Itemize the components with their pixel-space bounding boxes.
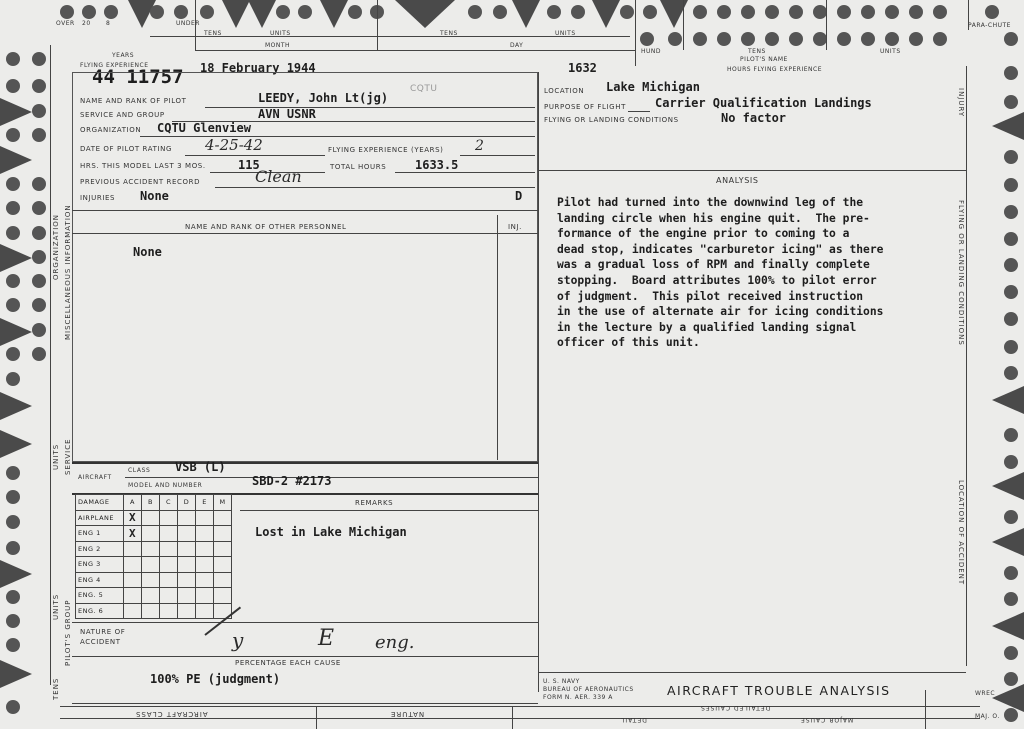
damage-cell — [124, 557, 142, 573]
remarks-value: Lost in Lake Michigan — [255, 525, 407, 539]
prev-accident-label: PREVIOUS ACCIDENT RECORD — [80, 178, 200, 186]
punch-hole — [6, 79, 20, 93]
hours-units-label: UNITS — [880, 48, 901, 55]
bottom-nature: NATURE — [390, 710, 424, 718]
divider — [925, 690, 926, 729]
damage-cell — [196, 603, 214, 619]
divider — [195, 50, 635, 51]
punch-hole — [547, 5, 561, 19]
field-line — [395, 172, 535, 173]
punch-hole — [200, 5, 214, 19]
purpose-value: Carrier Qualification Landings — [655, 96, 872, 110]
organization-label: ORGANIZATION — [80, 126, 141, 134]
divider — [377, 0, 378, 50]
punch-hole — [693, 5, 707, 19]
flying-exp-years-label: FLYING EXPERIENCE (YEARS) — [328, 146, 443, 154]
divider — [538, 672, 966, 673]
damage-cell — [142, 588, 160, 604]
divider — [512, 706, 513, 729]
nature-mark-3: eng. — [375, 632, 415, 653]
punch-hole — [1004, 178, 1018, 192]
divider — [50, 45, 51, 685]
punch-hole — [6, 274, 20, 288]
punch-hole — [82, 5, 96, 19]
punch-notch — [320, 0, 348, 28]
bottom-wrec: WREC — [975, 690, 995, 697]
divider — [72, 233, 538, 234]
damage-cell — [196, 541, 214, 557]
punch-hole — [813, 32, 827, 46]
punch-hole — [6, 347, 20, 361]
damage-cell — [178, 572, 196, 588]
injury-side-label: INJURY — [957, 88, 965, 117]
punch-hole — [909, 5, 923, 19]
punch-hole — [468, 5, 482, 19]
damage-mark — [214, 526, 232, 542]
hours-flying-exp-label: HOURS FLYING EXPERIENCE — [727, 66, 822, 73]
punch-hole — [6, 490, 20, 504]
percentage-value: 100% PE (judgment) — [150, 672, 280, 686]
damage-mark — [178, 510, 196, 526]
punch-hole — [789, 32, 803, 46]
hours-hund-label: HUND — [641, 48, 661, 55]
month-label: MONTH — [265, 42, 290, 49]
punch-hole — [620, 5, 634, 19]
accident-time: 1632 — [568, 61, 597, 75]
divider — [538, 170, 966, 171]
punch-hole — [348, 5, 362, 19]
damage-mark: X — [124, 526, 142, 542]
divider — [72, 462, 538, 464]
punch-hole — [6, 700, 20, 714]
units-side-label: UNITS — [52, 594, 60, 620]
punch-notch — [0, 244, 32, 272]
pilots-group-side-label: PILOT'S GROUP — [64, 600, 72, 666]
damage-cell — [124, 603, 142, 619]
punch-hole — [717, 5, 731, 19]
divider — [683, 0, 684, 50]
nature-mark-2: E — [318, 626, 334, 651]
punch-hole — [32, 274, 46, 288]
punch-hole — [6, 466, 20, 480]
form-agency: U. S. NAVY — [543, 678, 580, 685]
punch-notch — [992, 472, 1024, 500]
conditions-label: FLYING OR LANDING CONDITIONS — [544, 116, 679, 124]
divider — [497, 215, 498, 460]
divider — [968, 0, 969, 30]
damage-row-label: ENG 1 — [76, 526, 124, 542]
damage-mark — [142, 510, 160, 526]
damage-cell — [196, 588, 214, 604]
punch-hole — [6, 590, 20, 604]
punch-hole — [493, 5, 507, 19]
punch-notch — [395, 0, 455, 28]
damage-cell — [178, 588, 196, 604]
class-label: CLASS — [128, 467, 150, 474]
remarks-header: REMARKS — [355, 499, 393, 507]
damage-row-label: ENG. 6 — [76, 603, 124, 619]
punch-hole — [174, 5, 188, 19]
punch-hole — [32, 177, 46, 191]
damage-col-b: B — [142, 495, 160, 511]
punch-hole — [6, 226, 20, 240]
divider — [966, 66, 967, 666]
punch-notch — [992, 386, 1024, 414]
punch-hole — [6, 541, 20, 555]
injuries-label: INJURIES — [80, 194, 115, 202]
analysis-text: Pilot had turned into the downwind leg o… — [557, 195, 952, 351]
damage-cell — [214, 572, 232, 588]
field-line — [215, 187, 535, 188]
damage-row-label: ENG 3 — [76, 557, 124, 573]
punch-notch — [992, 112, 1024, 140]
punch-notch — [0, 392, 32, 420]
damage-cell — [142, 541, 160, 557]
punch-hole — [1004, 66, 1018, 80]
divider — [826, 0, 827, 50]
damage-mark — [160, 526, 178, 542]
damage-cell — [178, 541, 196, 557]
aircraft-label: AIRCRAFT — [78, 474, 112, 481]
damage-cell — [196, 557, 214, 573]
punch-hole — [765, 5, 779, 19]
damage-header-row: DAMAGE A B C D E M — [76, 495, 232, 511]
damage-cell — [214, 541, 232, 557]
years-label: YEARS — [112, 52, 134, 59]
damage-row: AIRPLANE X — [76, 510, 232, 526]
punch-hole — [933, 5, 947, 19]
punch-hole — [32, 250, 46, 264]
damage-mark: X — [124, 510, 142, 526]
punch-hole — [885, 5, 899, 19]
years-option-label: 20 — [82, 20, 91, 27]
date-rating-label: DATE OF PILOT RATING — [80, 145, 172, 153]
punch-hole — [276, 5, 290, 19]
punch-notch — [0, 146, 32, 174]
punch-hole — [643, 5, 657, 19]
punch-hole — [1004, 205, 1018, 219]
bottom-major-cause: MAJOR CAUSE — [800, 716, 853, 723]
punch-notch — [0, 430, 32, 458]
damage-col-e: E — [196, 495, 214, 511]
organization-value: CQTU Glenview — [157, 121, 251, 135]
punch-notch — [222, 0, 250, 28]
trouble-analysis-card: OVER 20 8 UNDER YEARS TENS UNITS MONTH T… — [0, 0, 1024, 729]
punch-hole — [1004, 455, 1018, 469]
punch-hole — [668, 32, 682, 46]
divider — [635, 0, 636, 66]
damage-col-a: A — [124, 495, 142, 511]
punch-hole — [1004, 566, 1018, 580]
punch-hole — [909, 32, 923, 46]
divider — [60, 706, 980, 707]
punch-hole — [741, 5, 755, 19]
damage-cell — [124, 541, 142, 557]
punch-hole — [985, 5, 999, 19]
punch-hole — [298, 5, 312, 19]
damage-cell — [214, 557, 232, 573]
injury-code: D — [515, 189, 522, 203]
organization-side-label: ORGANIZATION — [52, 214, 60, 280]
punch-hole — [789, 5, 803, 19]
punch-hole — [1004, 340, 1018, 354]
other-personnel-header: NAME AND RANK OF OTHER PERSONNEL — [185, 223, 347, 231]
damage-row: ENG. 5 — [76, 588, 232, 604]
punch-hole — [861, 5, 875, 19]
punch-hole — [6, 128, 20, 142]
purpose-label: PURPOSE OF FLIGHT — [544, 103, 626, 111]
years-option-label: UNDER — [176, 20, 200, 27]
damage-cell — [160, 541, 178, 557]
punch-hole — [32, 128, 46, 142]
damage-cell — [160, 572, 178, 588]
field-line — [185, 155, 325, 156]
punch-hole — [104, 5, 118, 19]
bottom-detail: DETAIL — [620, 716, 647, 723]
divider — [150, 36, 630, 37]
prev-accident-value: Clean — [255, 167, 302, 186]
divider — [72, 210, 538, 211]
punch-hole — [1004, 592, 1018, 606]
damage-row: ENG 4 — [76, 572, 232, 588]
punch-hole — [813, 5, 827, 19]
damage-col-d: D — [178, 495, 196, 511]
damage-col-m: M — [214, 495, 232, 511]
punch-hole — [1004, 150, 1018, 164]
date-rating-value: 4-25-42 — [205, 136, 263, 154]
damage-cell — [178, 557, 196, 573]
damage-cell — [124, 588, 142, 604]
damage-mark — [178, 526, 196, 542]
punch-hole — [1004, 32, 1018, 46]
punch-hole — [1004, 232, 1018, 246]
damage-cell — [142, 603, 160, 619]
punch-notch — [992, 612, 1024, 640]
flying-exp-years-value: 2 — [475, 138, 484, 154]
punch-hole — [6, 515, 20, 529]
injuries-value: None — [140, 189, 169, 203]
punch-hole — [837, 32, 851, 46]
punch-hole — [6, 638, 20, 652]
parachute-label: PARA-CHUTE — [968, 22, 1011, 29]
punch-hole — [837, 5, 851, 19]
percentage-label: PERCENTAGE EACH CAUSE — [235, 659, 341, 667]
location-label: LOCATION — [544, 87, 584, 95]
punch-hole — [1004, 258, 1018, 272]
punch-hole — [32, 201, 46, 215]
punch-hole — [1004, 285, 1018, 299]
punch-hole — [32, 104, 46, 118]
punch-notch — [0, 560, 32, 588]
nature-label-1: NATURE OF — [80, 628, 125, 636]
location-side-label: LOCATION OF ACCIDENT — [957, 480, 965, 585]
divider — [72, 703, 538, 704]
punch-hole — [60, 5, 74, 19]
punch-notch — [248, 0, 276, 28]
punch-hole — [885, 32, 899, 46]
punch-hole — [1004, 510, 1018, 524]
punch-hole — [32, 323, 46, 337]
damage-col-c: C — [160, 495, 178, 511]
damage-cell — [160, 588, 178, 604]
damage-cell — [196, 572, 214, 588]
punch-notch — [0, 318, 32, 346]
field-line — [460, 155, 535, 156]
damage-cell — [178, 603, 196, 619]
years-option-label: OVER — [56, 20, 75, 27]
damage-row: ENG 1 X — [76, 526, 232, 542]
punch-hole — [32, 52, 46, 66]
damage-row: ENG 3 — [76, 557, 232, 573]
damage-cell — [142, 557, 160, 573]
form-number: FORM N. AER. 339 A — [543, 694, 613, 701]
punch-hole — [1004, 312, 1018, 326]
divider — [240, 510, 538, 511]
punch-hole — [32, 298, 46, 312]
nature-label-2: ACCIDENT — [80, 638, 121, 646]
damage-row-label: ENG 2 — [76, 541, 124, 557]
pilot-info-panel — [72, 72, 538, 462]
name-rank-value: LEEDY, John Lt(jg) — [258, 91, 388, 105]
punch-hole — [741, 32, 755, 46]
total-hours-value: 1633.5 — [415, 158, 458, 172]
field-line — [125, 477, 538, 478]
analysis-header: ANALYSIS — [716, 176, 759, 185]
model-label: MODEL AND NUMBER — [128, 482, 202, 489]
damage-mark — [142, 526, 160, 542]
punch-hole — [1004, 708, 1018, 722]
damage-row-label: ENG 4 — [76, 572, 124, 588]
damage-table: DAMAGE A B C D E M AIRPLANE X ENG 1 X — [75, 494, 232, 619]
name-rank-label: NAME AND RANK OF PILOT — [80, 97, 186, 105]
punch-hole — [1004, 646, 1018, 660]
punch-hole — [150, 5, 164, 19]
bottom-detailed-causes: DETAILED CAUSES — [700, 704, 770, 711]
punch-hole — [765, 32, 779, 46]
center-divider — [538, 72, 539, 692]
punch-hole — [6, 372, 20, 386]
punch-hole — [1004, 95, 1018, 109]
punch-hole — [1004, 366, 1018, 380]
punch-hole — [32, 226, 46, 240]
class-value: VSB (L) — [175, 460, 226, 474]
punch-hole — [32, 79, 46, 93]
pilots-name-label: PILOT'S NAME — [740, 56, 788, 63]
damage-mark — [214, 510, 232, 526]
damage-cell — [160, 603, 178, 619]
model-value: SBD-2 #2173 — [252, 474, 331, 488]
service-side-label: SERVICE — [64, 438, 72, 475]
punch-hole — [6, 201, 20, 215]
damage-mark — [196, 510, 214, 526]
divider — [72, 656, 538, 657]
damage-cell — [142, 572, 160, 588]
conditions-value: No factor — [721, 111, 786, 125]
divider — [195, 0, 196, 50]
damage-cell — [214, 588, 232, 604]
damage-row: ENG. 6 — [76, 603, 232, 619]
punch-hole — [6, 177, 20, 191]
field-line — [205, 107, 535, 108]
punch-notch — [592, 0, 620, 28]
damage-row-label: ENG. 5 — [76, 588, 124, 604]
day-label: DAY — [510, 42, 523, 49]
punch-hole — [933, 32, 947, 46]
tens-side-label: TENS — [52, 678, 60, 700]
divider — [316, 706, 317, 729]
service-group-label: SERVICE AND GROUP — [80, 111, 165, 119]
punch-hole — [1004, 428, 1018, 442]
bottom-aircraft-class: AIRCRAFT CLASS — [135, 710, 208, 718]
punch-notch — [0, 660, 32, 688]
damage-mark — [160, 510, 178, 526]
damage-cell — [124, 572, 142, 588]
damage-row-label: AIRPLANE — [76, 510, 124, 526]
punch-hole — [6, 298, 20, 312]
divider — [72, 622, 538, 623]
other-personnel-value: None — [133, 245, 162, 259]
damage-cell — [160, 557, 178, 573]
punch-notch — [512, 0, 540, 28]
field-line — [140, 136, 535, 137]
inj-header: INJ. — [508, 223, 522, 231]
punch-hole — [6, 52, 20, 66]
bottom-maj: MAJ. O. — [975, 713, 1000, 720]
punch-notch — [0, 98, 32, 126]
punch-hole — [717, 32, 731, 46]
service-group-value: AVN USNR — [258, 107, 316, 121]
hrs-model-label: HRS. THIS MODEL LAST 3 MOS. — [80, 162, 206, 170]
punch-hole — [6, 614, 20, 628]
punch-hole — [693, 32, 707, 46]
punch-hole — [640, 32, 654, 46]
flying-conditions-side-label: FLYING OR LANDING CONDITIONS — [957, 200, 965, 346]
punch-notch — [992, 528, 1024, 556]
damage-mark — [196, 526, 214, 542]
punch-hole — [571, 5, 585, 19]
form-bureau: BUREAU OF AERONAUTICS — [543, 686, 634, 693]
location-value: Lake Michigan — [606, 80, 700, 94]
damage-header: DAMAGE — [76, 495, 124, 511]
form-title: AIRCRAFT TROUBLE ANALYSIS — [667, 683, 891, 698]
total-hours-label: TOTAL HOURS — [330, 163, 386, 171]
field-line — [628, 111, 650, 112]
nature-mark-1: y — [232, 628, 243, 652]
damage-row: ENG 2 — [76, 541, 232, 557]
years-option-label: 8 — [106, 20, 110, 27]
punch-hole — [32, 347, 46, 361]
punch-hole — [861, 32, 875, 46]
hours-tens-label: TENS — [748, 48, 766, 55]
misc-info-side-label: MISCELLANEOUS INFORMATION — [64, 204, 72, 340]
units-side-label: UNITS — [52, 444, 60, 470]
